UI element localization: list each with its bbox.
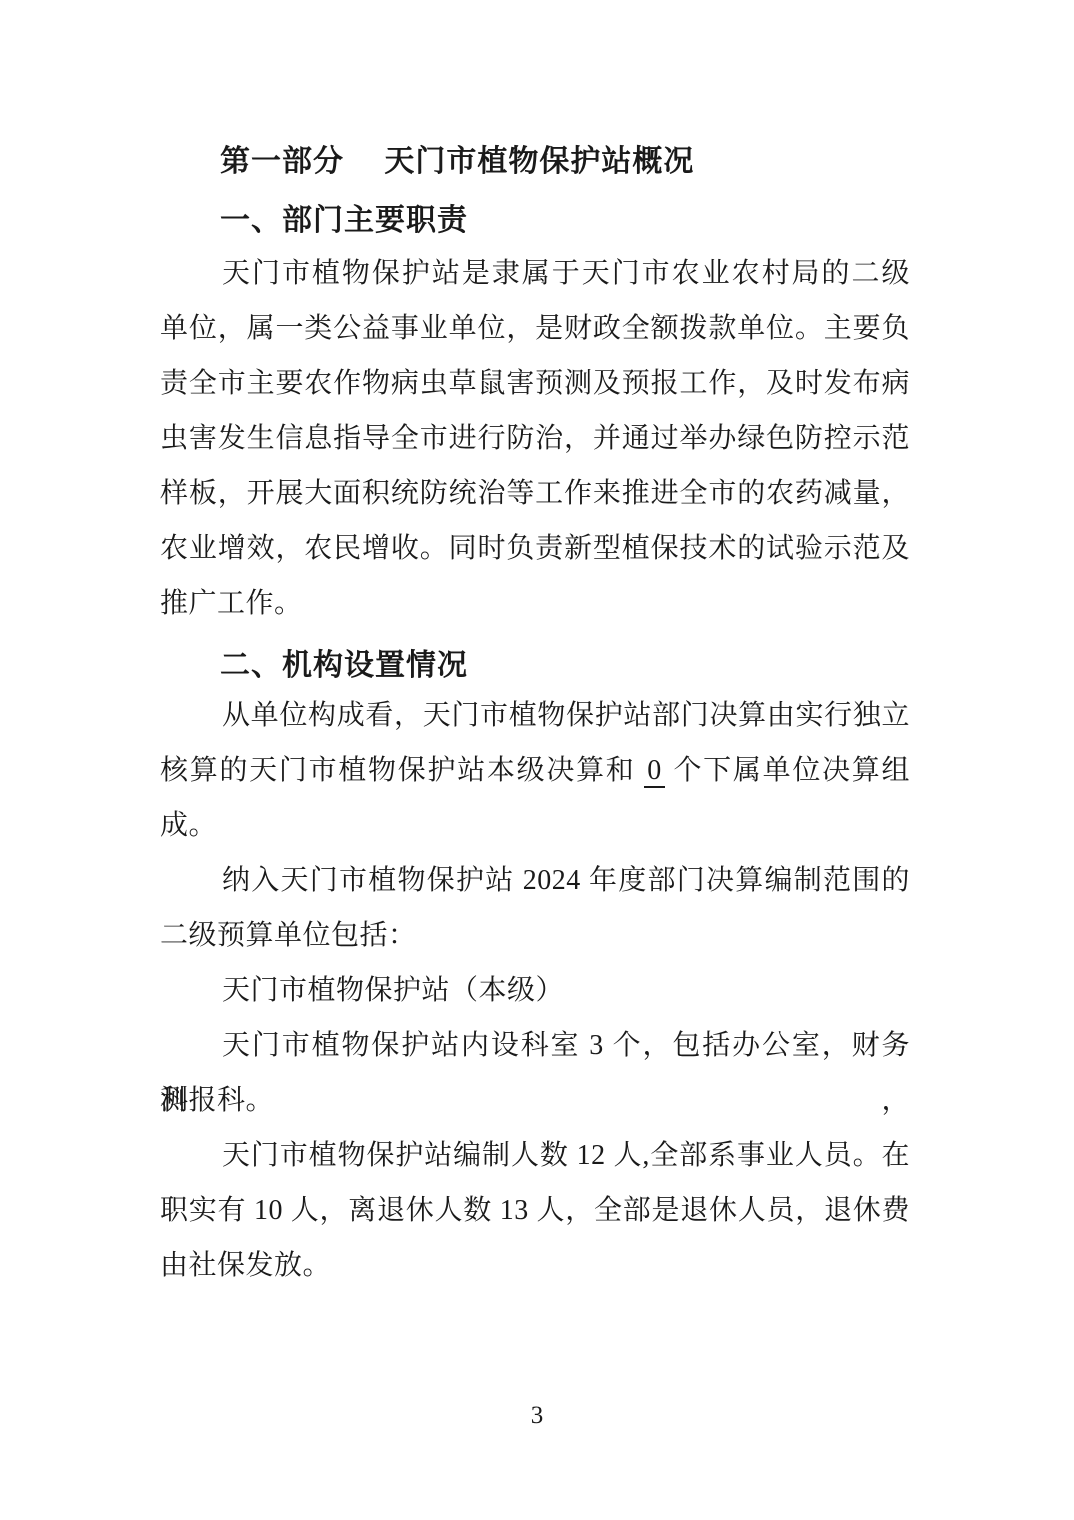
- text-line: 由社保发放。: [160, 1238, 910, 1293]
- text-segment: 个下属单位决算组: [665, 755, 910, 786]
- text-line: 单位，属一类公益事业单位，是财政全额拨款单位。主要负: [160, 301, 910, 356]
- section2-heading: 二、机构设置情况: [160, 644, 910, 688]
- text-line: 二级预算单位包括：: [160, 908, 910, 963]
- section1-heading: 一、部门主要职责: [160, 199, 910, 243]
- subordinate-units-count: 0: [644, 755, 665, 788]
- text-line: 虫害发生信息指导全市进行防治，并通过举办绿色防控示范: [160, 411, 910, 466]
- text-line: 责全市主要农作物病虫草鼠害预测及预报工作，及时发布病: [160, 356, 910, 411]
- text-line: 样板，开展大面积统防统治等工作来推进全市的农药减量，: [160, 466, 910, 521]
- text-line: 推广工作。: [160, 576, 910, 631]
- text-line: 天门市植物保护站编制人数 12 人,全部系事业人员。在: [160, 1128, 910, 1183]
- text-line: 职实有 10 人，离退休人数 13 人，全部是退休人员，退休费: [160, 1183, 910, 1238]
- document-page: 第一部分 天门市植物保护站概况 一、部门主要职责 天门市植物保护站是隶属于天门市…: [0, 0, 1074, 1520]
- text-line: 农业增效，农民增收。同时负责新型植保技术的试验示范及: [160, 521, 910, 576]
- page-number: 3: [0, 1402, 1074, 1430]
- document-body: 第一部分 天门市植物保护站概况 一、部门主要职责 天门市植物保护站是隶属于天门市…: [160, 0, 910, 1293]
- text-line: 从单位构成看，天门市植物保护站部门决算由实行独立: [160, 688, 910, 743]
- part-heading: 第一部分 天门市植物保护站概况: [160, 140, 910, 184]
- text-line: 天门市植物保护站（本级）: [160, 963, 910, 1018]
- text-line: 天门市植物保护站内设科室 3 个，包括办公室，财务科，: [160, 1018, 910, 1073]
- text-line: 成。: [160, 798, 910, 853]
- text-line: 天门市植物保护站是隶属于天门市农业农村局的二级: [160, 246, 910, 301]
- text-line: 纳入天门市植物保护站 2024 年度部门决算编制范围的: [160, 853, 910, 908]
- text-line: 核算的天门市植物保护站本级决算和 0 个下属单位决算组: [160, 743, 910, 798]
- text-segment: 核算的天门市植物保护站本级决算和: [160, 755, 644, 786]
